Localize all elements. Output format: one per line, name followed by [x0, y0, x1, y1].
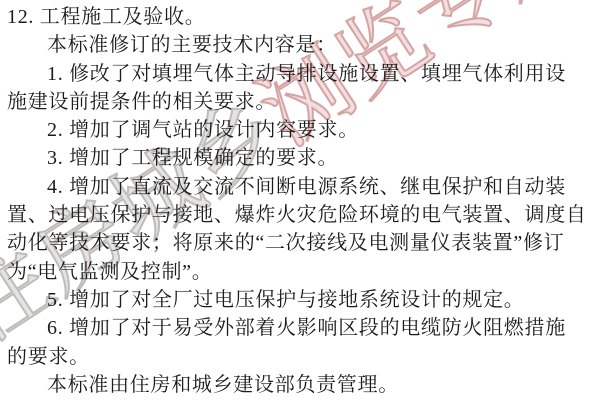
text-line: 1. 修改了对填埋气体主动导排设施设置、填埋气体利用设 — [7, 60, 595, 88]
text-line: 动化等技术要求；将原来的“二次接线及电测量仪表装置”修订 — [7, 229, 595, 257]
text-line: 本标准由住房和城乡建设部负责管理。 — [7, 371, 595, 399]
text-line: 的要求。 — [7, 343, 595, 371]
text-line: 2. 增加了调气站的设计内容要求。 — [7, 116, 595, 144]
text-line: 5. 增加了对全厂过电压保护与接地系统设计的规定。 — [7, 286, 595, 314]
text-line: 6. 增加了对于易受外部着火影响区段的电缆防火阻燃措施 — [7, 314, 595, 342]
document-page: 住房城乡浏览专用 12. 工程施工及验收。 本标准修订的主要技术内容是： 1. … — [0, 0, 600, 400]
text-line: 3. 增加了工程规模确定的要求。 — [7, 144, 595, 172]
text-line: 本标准修订的主要技术内容是： — [7, 31, 595, 59]
text-line: 施建设前提条件的相关要求。 — [7, 88, 595, 116]
text-line: 为“电气监测及控制”。 — [7, 258, 595, 286]
text-line: 置、过电压保护与接地、爆炸火灾危险环境的电气装置、调度自 — [7, 201, 595, 229]
text-line: 4. 增加了直流及交流不间断电源系统、继电保护和自动装 — [7, 173, 595, 201]
text-line: 12. 工程施工及验收。 — [7, 3, 595, 31]
document-text: 12. 工程施工及验收。 本标准修订的主要技术内容是： 1. 修改了对填埋气体主… — [7, 3, 595, 399]
